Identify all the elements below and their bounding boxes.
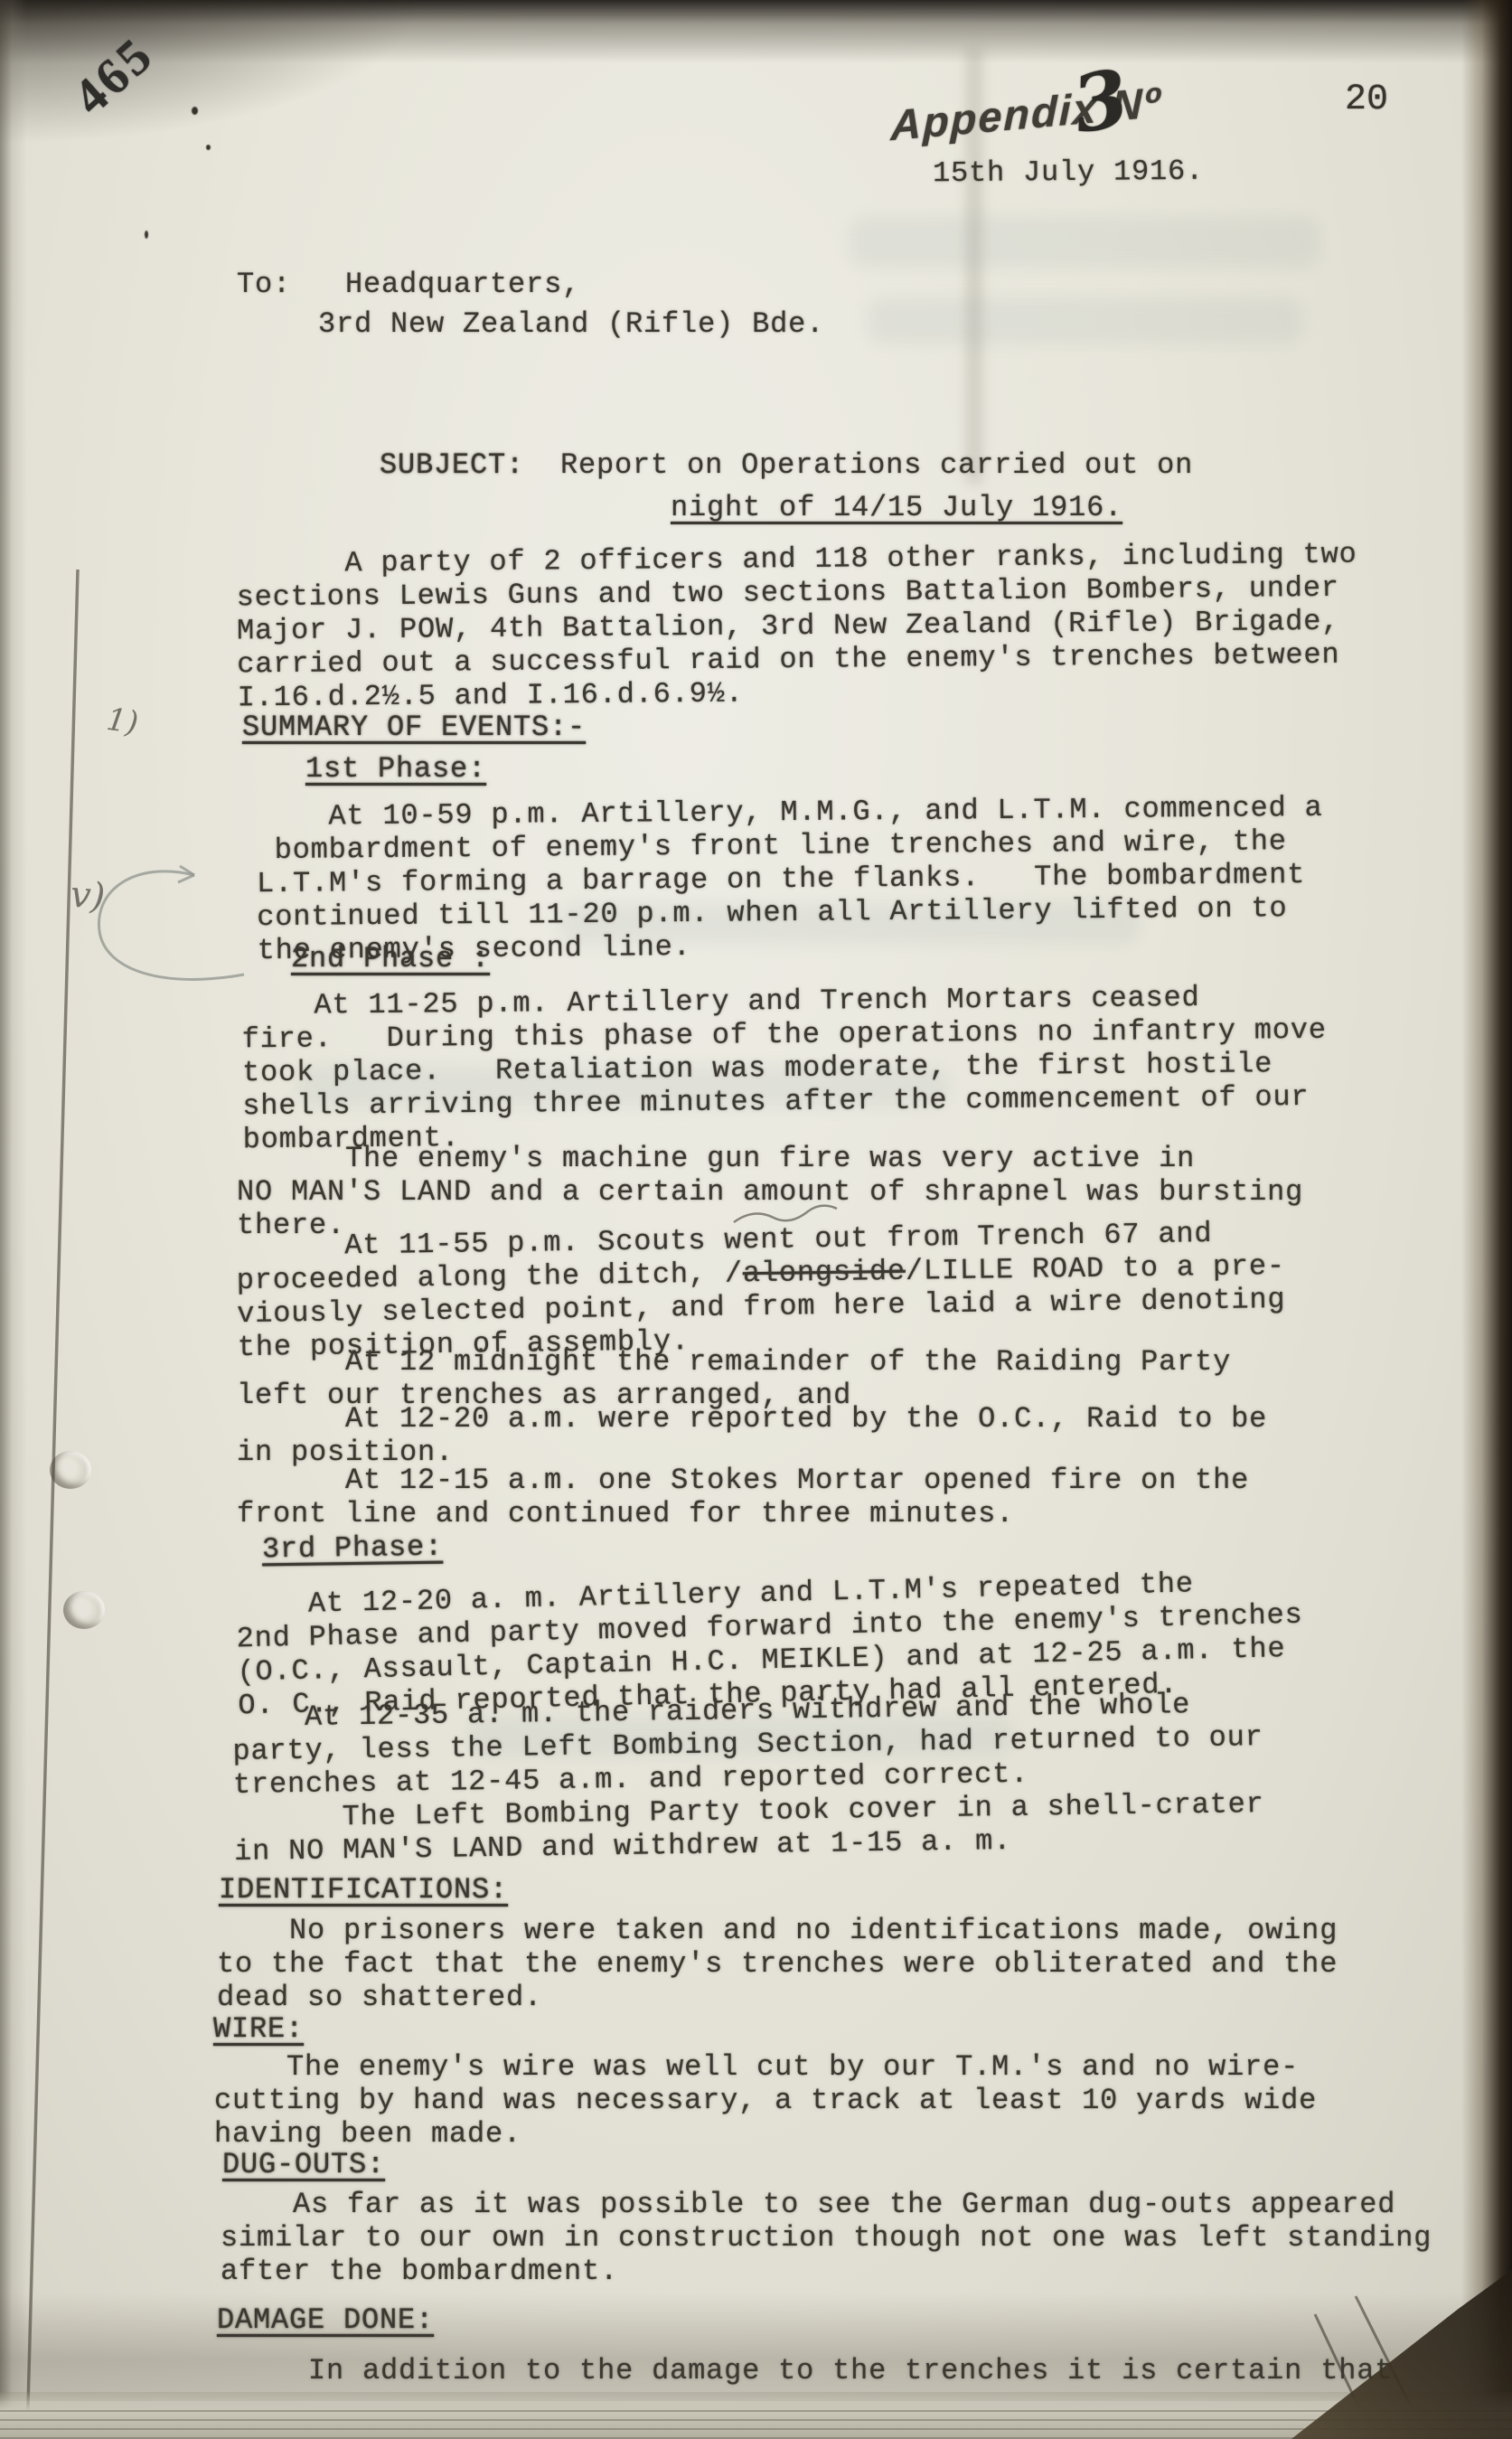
- typed-line: At 12 midnight the remainder of the Raid…: [237, 1345, 1231, 1379]
- margin-pencil-mark: 1): [104, 702, 140, 741]
- damage-paragraph: In addition to the damage to the trenche…: [218, 2354, 1393, 2387]
- phase2-paragraph-3: At 11-55 p.m. Scouts went out from Trenc…: [236, 1216, 1286, 1364]
- typed-line: having been made.: [214, 2117, 1317, 2151]
- typed-line: At 12-20 a.m. were reported by the O.C.,…: [237, 1402, 1267, 1436]
- typed-line: At 12-15 a.m. one Stokes Mortar opened f…: [237, 1464, 1249, 1497]
- photo-left-edge: [0, 0, 27, 2439]
- phase1-paragraph: At 10-59 p.m. Artillery, M.M.G., and L.T…: [256, 791, 1324, 967]
- typed-line: In addition to the damage to the trenche…: [218, 2354, 1393, 2387]
- page-left-edge-line: [27, 570, 78, 2439]
- damage-heading: DAMAGE DONE:: [217, 2303, 434, 2337]
- phase2-paragraph-5: At 12-20 a.m. were reported by the O.C.,…: [237, 1402, 1267, 1469]
- phase1-heading: 1st Phase:: [305, 752, 486, 786]
- identifications-heading: IDENTIFICATIONS:: [219, 1873, 508, 1907]
- ink-ghost-smudge: [868, 298, 1301, 344]
- pencil-arrow-curve: [99, 871, 244, 980]
- photo-top-shadow: [0, 0, 1512, 63]
- subject-block: SUBJECT: Report on Operations carried ou…: [380, 448, 1193, 482]
- margin-pencil-mark: v): [69, 874, 106, 918]
- typed-line: The enemy's machine gun fire was very ac…: [237, 1142, 1303, 1175]
- address-gap: [291, 268, 345, 301]
- ink-speck: [206, 145, 211, 150]
- typed-line: similar to our own in construction thoug…: [221, 2221, 1432, 2255]
- document-page: 1) v) 465 Appendix Nº 3 20 15th July 191…: [0, 0, 1512, 2439]
- address-block: To: Headquarters,: [237, 268, 580, 301]
- photo-topleft-shadow: [0, 0, 425, 145]
- date-line: 15th July 1916.: [933, 155, 1204, 191]
- summary-heading: SUMMARY OF EVENTS:-: [242, 711, 586, 744]
- file-number-stamp: 465: [62, 25, 165, 127]
- paper-crease: [967, 50, 981, 484]
- appendix-stamp: Appendix Nº: [890, 77, 1161, 150]
- identifications-paragraph: No prisoners were taken and no identific…: [217, 1914, 1338, 2014]
- intro-paragraph: A party of 2 officers and 118 other rank…: [236, 538, 1358, 715]
- address-unit: 3rd New Zealand (Rifle) Bde.: [318, 307, 824, 341]
- subject-label: SUBJECT:: [380, 448, 524, 482]
- subject-gap: [524, 448, 560, 482]
- wire-heading: WIRE:: [213, 2012, 304, 2046]
- typed-line: front line and continued for three minut…: [237, 1497, 1249, 1530]
- appendix-number-handwritten: 3: [1066, 52, 1135, 152]
- dugouts-paragraph: As far as it was possible to see the Ger…: [221, 2188, 1432, 2288]
- typed-line: NO MAN'S LAND and a certain amount of sh…: [237, 1175, 1303, 1209]
- page-number: 20: [1345, 80, 1388, 120]
- typed-line: to the fact that the enemy's trenches we…: [217, 1947, 1338, 1981]
- phase2-paragraph-6: At 12-15 a.m. one Stokes Mortar opened f…: [237, 1464, 1249, 1530]
- wire-paragraph: The enemy's wire was well cut by our T.M…: [214, 2050, 1317, 2151]
- punch-hole: [63, 1591, 105, 1629]
- recipient: Headquarters,: [345, 268, 580, 301]
- phase3-heading: 3rd Phase:: [262, 1530, 444, 1567]
- ink-ghost-smudge: [850, 217, 1319, 267]
- page-stack-edge-lines: [0, 2403, 1512, 2439]
- phase2-heading: 2nd Phase :: [291, 942, 490, 975]
- phase2-paragraph-1: At 11-25 p.m. Artillery and Trench Morta…: [241, 980, 1328, 1156]
- typed-line: As far as it was possible to see the Ger…: [221, 2188, 1432, 2221]
- ink-speck: [145, 231, 148, 239]
- dugouts-heading: DUG-OUTS:: [222, 2148, 385, 2181]
- phase3-paragraph-2: At 12-35 a. m. the raiders withdrew and …: [232, 1687, 1265, 1869]
- typed-line: cutting by hand was necessary, a track a…: [214, 2084, 1317, 2117]
- typed-line: No prisoners were taken and no identific…: [217, 1914, 1338, 1947]
- typed-line: after the bombardment.: [221, 2255, 1432, 2288]
- pencil-arrowhead: [178, 866, 194, 882]
- page-stack-bottom: [0, 2392, 1512, 2439]
- ink-speck: [192, 107, 198, 115]
- subject-line1: Report on Operations carried out on: [560, 448, 1193, 482]
- to-label: To:: [237, 268, 291, 301]
- typed-line: dead so shattered.: [217, 1981, 1338, 2014]
- photo-right-edge: [1461, 0, 1512, 2439]
- punch-hole: [50, 1451, 91, 1489]
- subject-line2: night of 14/15 July 1916.: [671, 491, 1122, 524]
- typed-line: The enemy's wire was well cut by our T.M…: [214, 2050, 1317, 2084]
